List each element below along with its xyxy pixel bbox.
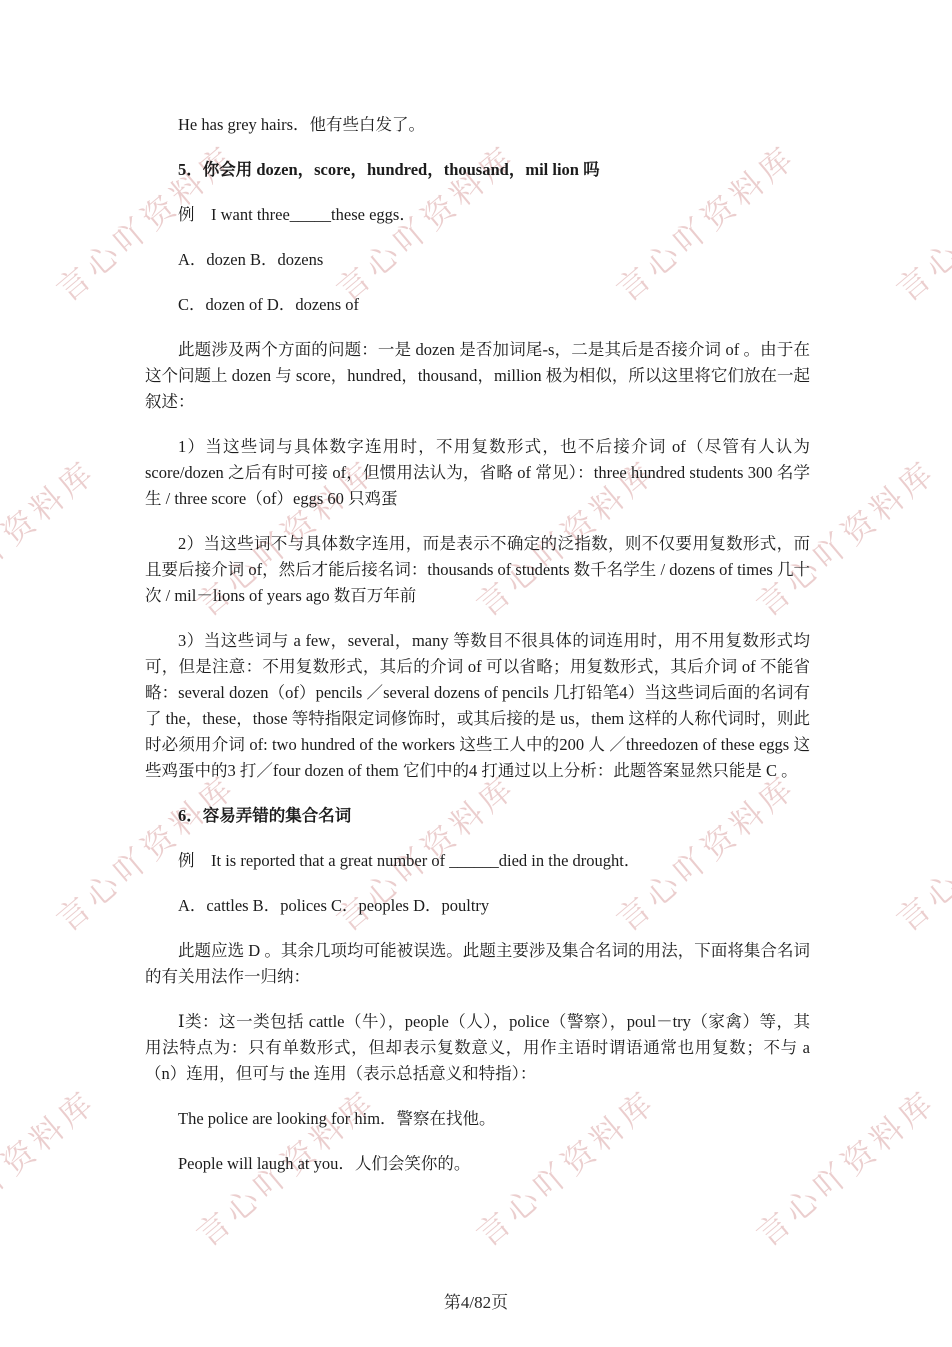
heading-section-6: 6．容易弄错的集合名词 (145, 803, 810, 829)
sentence-people-example: People will laugh at you．人们会笑你的。 (145, 1151, 810, 1177)
para-analysis-6-intro: 此题应选 D 。其余几项均可能被误选。此题主要涉及集合名词的用法，下面将集合名词… (145, 938, 810, 990)
para-rule-1: 1）当这些词与具体数字连用时，不用复数形式，也不后接介词 of（尽管有人认为 s… (145, 434, 810, 512)
options-ab-5: A．dozen B．dozens (145, 247, 810, 273)
options-abcd-6: A．cattles B．polices C．peoples D．poultry (145, 893, 810, 919)
page-number: 第4/82页 (444, 1293, 508, 1312)
watermark-text: 言心吖资料库 (885, 133, 952, 311)
watermark-text: 言心吖资料库 (0, 1078, 105, 1256)
watermark-text: 言心吖资料库 (885, 763, 952, 941)
document-page: { "watermark": { "text": "言心吖资料库", "colo… (0, 0, 952, 1347)
example-question-6: 例 It is reported that a great number of … (145, 848, 810, 874)
sentence-police-example: The police are looking for him．警察在找他。 (145, 1106, 810, 1132)
para-rule-3: 3）当这些词与 a few，several，many 等数目不很具体的词连用时，… (145, 628, 810, 784)
document-body: He has grey hairs．他有些白发了。 5．你会用 dozen，sc… (145, 112, 810, 1196)
page-footer: 第4/82页 (0, 1288, 952, 1313)
watermark-text: 言心吖资料库 (0, 448, 105, 626)
heading-section-5: 5．你会用 dozen，score，hundred，thousand，mil l… (145, 157, 810, 183)
para-class-1: Ⅰ类：这一类包括 cattle（牛），people（人），police（警察），… (145, 1009, 810, 1087)
para-rule-2: 2）当这些词不与具体数字连用，而是表示不确定的泛指数，则不仅要用复数形式，而且要… (145, 531, 810, 609)
options-cd-5: C．dozen of D．dozens of (145, 292, 810, 318)
sentence-grey-hairs: He has grey hairs．他有些白发了。 (145, 112, 810, 138)
example-question-5: 例 I want three_____these eggs． (145, 202, 810, 228)
para-analysis-5-intro: 此题涉及两个方面的问题：一是 dozen 是否加词尾-s，二是其后是否接介词 o… (145, 337, 810, 415)
